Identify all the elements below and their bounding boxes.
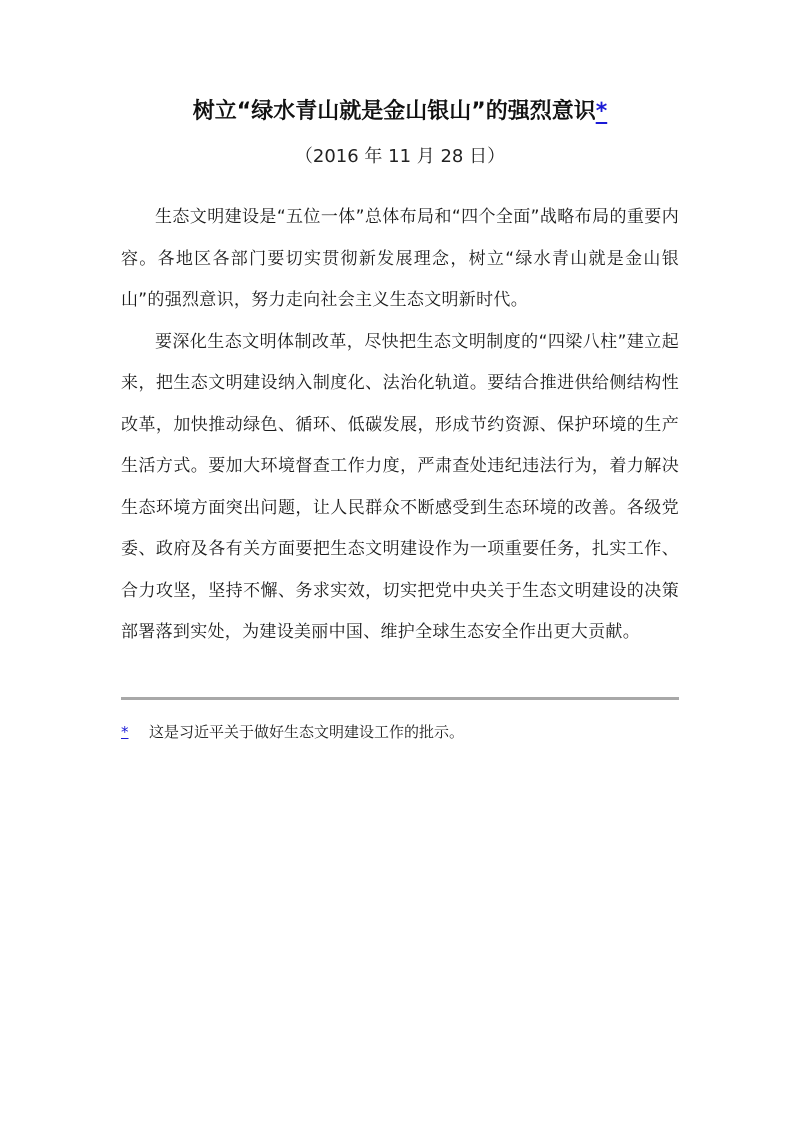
paragraph-2: 要深化生态文明体制改革，尽快把生态文明制度的“四梁八柱”建立起来，把生态文明建设… — [121, 322, 679, 654]
footnote: *这是习近平关于做好生态文明建设工作的批示。 — [121, 720, 679, 744]
document-title: 树立“绿水青山就是金山银山”的强烈意识* — [0, 96, 800, 128]
footnote-backlink[interactable]: * — [121, 720, 149, 744]
footnote-divider — [121, 697, 679, 700]
title-footnote-link[interactable]: * — [596, 99, 608, 124]
paragraph-1: 生态文明建设是“五位一体”总体布局和“四个全面”战略布局的重要内容。各地区各部门… — [121, 197, 679, 322]
document-date: （2016 年 11 月 28 日） — [0, 144, 800, 170]
title-text: 树立“绿水青山就是金山银山”的强烈意识 — [193, 99, 596, 124]
footnote-text: 这是习近平关于做好生态文明建设工作的批示。 — [149, 723, 464, 741]
document-body: 生态文明建设是“五位一体”总体布局和“四个全面”战略布局的重要内容。各地区各部门… — [121, 197, 679, 654]
